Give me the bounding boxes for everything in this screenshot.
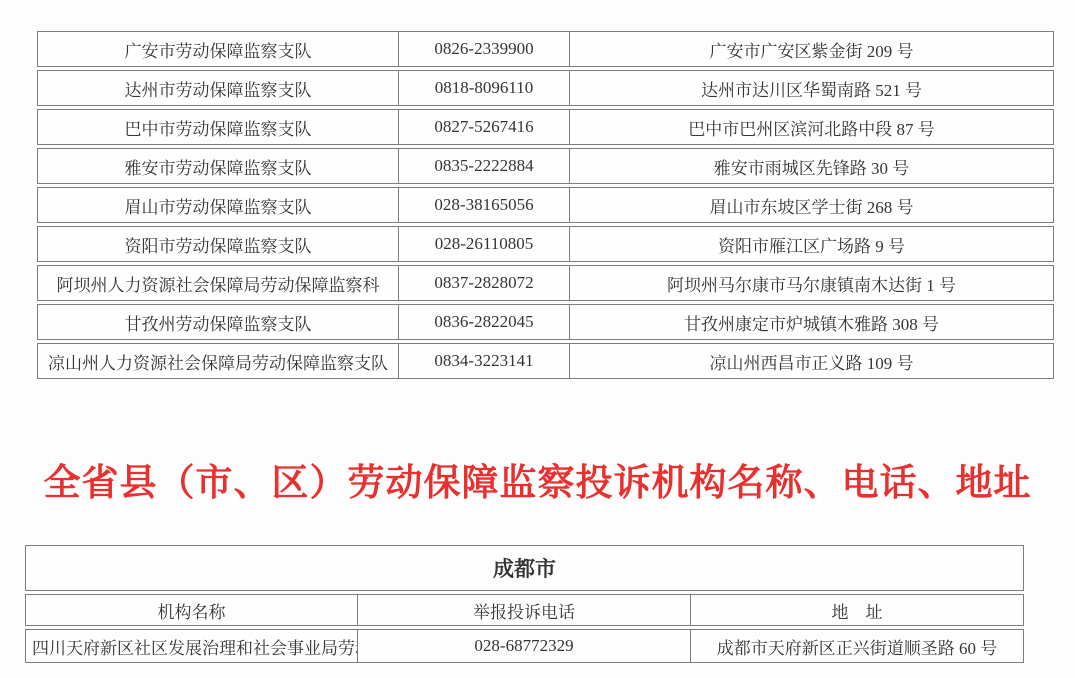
column-header-row: 机构名称 举报投诉电话 地 址 (25, 594, 1024, 626)
phone-cell: 0834-3223141 (399, 343, 570, 379)
table-row: 巴中市劳动保障监察支队 0827-5267416 巴中市巴州区滨河北路中段 87… (37, 109, 1054, 145)
phone-cell: 0835-2222884 (399, 148, 570, 184)
org-name-cell: 甘孜州劳动保障监察支队 (37, 304, 399, 340)
address-cell: 眉山市东坡区学士街 268 号 (570, 187, 1054, 223)
address-cell: 凉山州西昌市正义路 109 号 (570, 343, 1054, 379)
org-name-cell: 阿坝州人力资源社会保障局劳动保障监察科 (37, 265, 399, 301)
column-header-org-name: 机构名称 (25, 594, 358, 626)
phone-cell: 028-68772329 (358, 629, 691, 663)
chengdu-agencies-table: 成都市 机构名称 举报投诉电话 地 址 四川天府新区社区发展治理和社会事业局劳动… (25, 542, 1024, 666)
province-agencies-table: 广安市劳动保障监察支队 0826-2339900 广安市广安区紫金街 209 号… (37, 28, 1054, 382)
table-row: 甘孜州劳动保障监察支队 0836-2822045 甘孜州康定市炉城镇木雅路 30… (37, 304, 1054, 340)
org-name-cell: 巴中市劳动保障监察支队 (37, 109, 399, 145)
phone-cell: 0826-2339900 (399, 31, 570, 67)
table-row: 资阳市劳动保障监察支队 028-26110805 资阳市雁江区广场路 9 号 (37, 226, 1054, 262)
address-cell: 甘孜州康定市炉城镇木雅路 308 号 (570, 304, 1054, 340)
address-cell: 成都市天府新区正兴街道顺圣路 60 号 (691, 629, 1024, 663)
phone-cell: 0827-5267416 (399, 109, 570, 145)
phone-cell: 0837-2828072 (399, 265, 570, 301)
city-header: 成都市 (25, 545, 1024, 591)
phone-cell: 028-26110805 (399, 226, 570, 262)
table-row: 凉山州人力资源社会保障局劳动保障监察支队 0834-3223141 凉山州西昌市… (37, 343, 1054, 379)
address-cell: 资阳市雁江区广场路 9 号 (570, 226, 1054, 262)
chengdu-agencies-tbody: 四川天府新区社区发展治理和社会事业局劳动就业处 028-68772329 成都市… (25, 629, 1024, 663)
section-title: 全省县（市、区）劳动保障监察投诉机构名称、电话、地址 (0, 452, 1075, 506)
table-row: 广安市劳动保障监察支队 0826-2339900 广安市广安区紫金街 209 号 (37, 31, 1054, 67)
table-row: 达州市劳动保障监察支队 0818-8096110 达州市达川区华蜀南路 521 … (37, 70, 1054, 106)
org-name-cell: 凉山州人力资源社会保障局劳动保障监察支队 (37, 343, 399, 379)
phone-cell: 0836-2822045 (399, 304, 570, 340)
address-cell: 阿坝州马尔康市马尔康镇南木达街 1 号 (570, 265, 1054, 301)
phone-cell: 028-38165056 (399, 187, 570, 223)
table-row: 阿坝州人力资源社会保障局劳动保障监察科 0837-2828072 阿坝州马尔康市… (37, 265, 1054, 301)
city-header-row: 成都市 (25, 545, 1024, 591)
address-cell: 广安市广安区紫金街 209 号 (570, 31, 1054, 67)
address-cell: 达州市达川区华蜀南路 521 号 (570, 70, 1054, 106)
table-row: 眉山市劳动保障监察支队 028-38165056 眉山市东坡区学士街 268 号 (37, 187, 1054, 223)
address-cell: 雅安市雨城区先锋路 30 号 (570, 148, 1054, 184)
province-agencies-tbody: 广安市劳动保障监察支队 0826-2339900 广安市广安区紫金街 209 号… (37, 31, 1054, 379)
org-name-cell: 四川天府新区社区发展治理和社会事业局劳动就业处 (25, 629, 358, 663)
org-name-cell: 雅安市劳动保障监察支队 (37, 148, 399, 184)
org-name-cell: 资阳市劳动保障监察支队 (37, 226, 399, 262)
column-header-phone: 举报投诉电话 (358, 594, 691, 626)
phone-cell: 0818-8096110 (399, 70, 570, 106)
org-name-cell: 广安市劳动保障监察支队 (37, 31, 399, 67)
org-name-cell: 达州市劳动保障监察支队 (37, 70, 399, 106)
table-row: 雅安市劳动保障监察支队 0835-2222884 雅安市雨城区先锋路 30 号 (37, 148, 1054, 184)
table-row: 四川天府新区社区发展治理和社会事业局劳动就业处 028-68772329 成都市… (25, 629, 1024, 663)
column-header-address: 地 址 (691, 594, 1024, 626)
org-name-cell: 眉山市劳动保障监察支队 (37, 187, 399, 223)
address-cell: 巴中市巴州区滨河北路中段 87 号 (570, 109, 1054, 145)
